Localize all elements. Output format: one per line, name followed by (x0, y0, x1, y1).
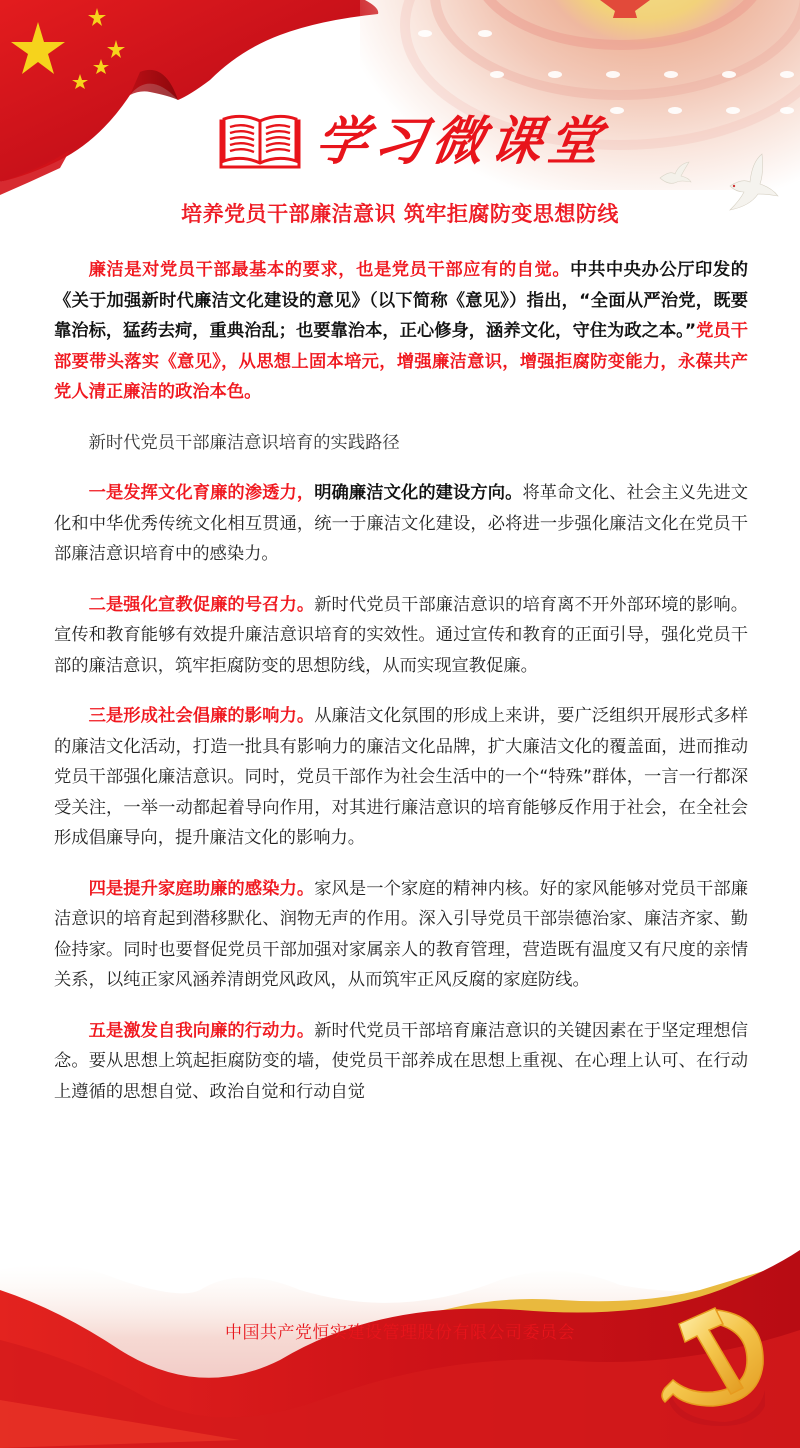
point-lead: 二是强化宣教促廉的号召力。 (89, 595, 315, 615)
point-body: 从廉洁文化氛围的形成上来讲，要广泛组织开展形式多样的廉洁文化活动，打造一批具有影… (54, 706, 748, 848)
open-book-icon (218, 113, 302, 171)
intro-lead: 廉洁是对党员干部最基本的要求，也是党员干部应有的自觉。 (89, 260, 571, 280)
point-paragraph-1: 一是发挥文化育廉的渗透力，明确廉洁文化的建设方向。将革命文化、社会主义先进文化和… (54, 478, 748, 570)
point-lead: 一是发挥文化育廉的渗透力， (89, 483, 315, 503)
point-paragraph-2: 二是强化宣教促廉的号召力。新时代党员干部廉洁意识的培育离不开外部环境的影响。宣传… (54, 590, 748, 682)
point-bold: 明确廉洁文化的建设方向。 (314, 483, 522, 503)
point-paragraph-5: 五是激发自我向廉的行动力。新时代党员干部培育廉洁意识的关键因素在于坚定理想信念。… (54, 1016, 748, 1108)
point-lead: 三是形成社会倡廉的影响力。 (89, 706, 315, 726)
page-subtitle: 培养党员干部廉洁意识 筑牢拒腐防变思想防线 (0, 198, 800, 228)
brand-title: 学习微课堂 (312, 112, 610, 172)
dove-icon (655, 160, 695, 190)
article-body: 廉洁是对党员干部最基本的要求，也是党员干部应有的自觉。中共中央办公厅印发的《关于… (54, 255, 748, 1127)
brand-header: 学习微课堂 (218, 112, 606, 172)
point-paragraph-4: 四是提升家庭助廉的感染力。家风是一个家庭的精神内核。好的家风能够对党员干部廉洁意… (54, 874, 748, 996)
point-lead: 五是激发自我向廉的行动力。 (89, 1021, 315, 1041)
dome-star-icon (590, 0, 660, 18)
intro-paragraph: 廉洁是对党员干部最基本的要求，也是党员干部应有的自觉。中共中央办公厅印发的《关于… (54, 255, 748, 408)
section-heading: 新时代党员干部廉洁意识培育的实践路径 (54, 428, 748, 459)
hammer-sickle-emblem-icon (655, 1302, 773, 1428)
point-lead: 四是提升家庭助廉的感染力。 (89, 879, 315, 899)
point-paragraph-3: 三是形成社会倡廉的影响力。从廉洁文化氛围的形成上来讲，要广泛组织开展形式多样的廉… (54, 701, 748, 854)
